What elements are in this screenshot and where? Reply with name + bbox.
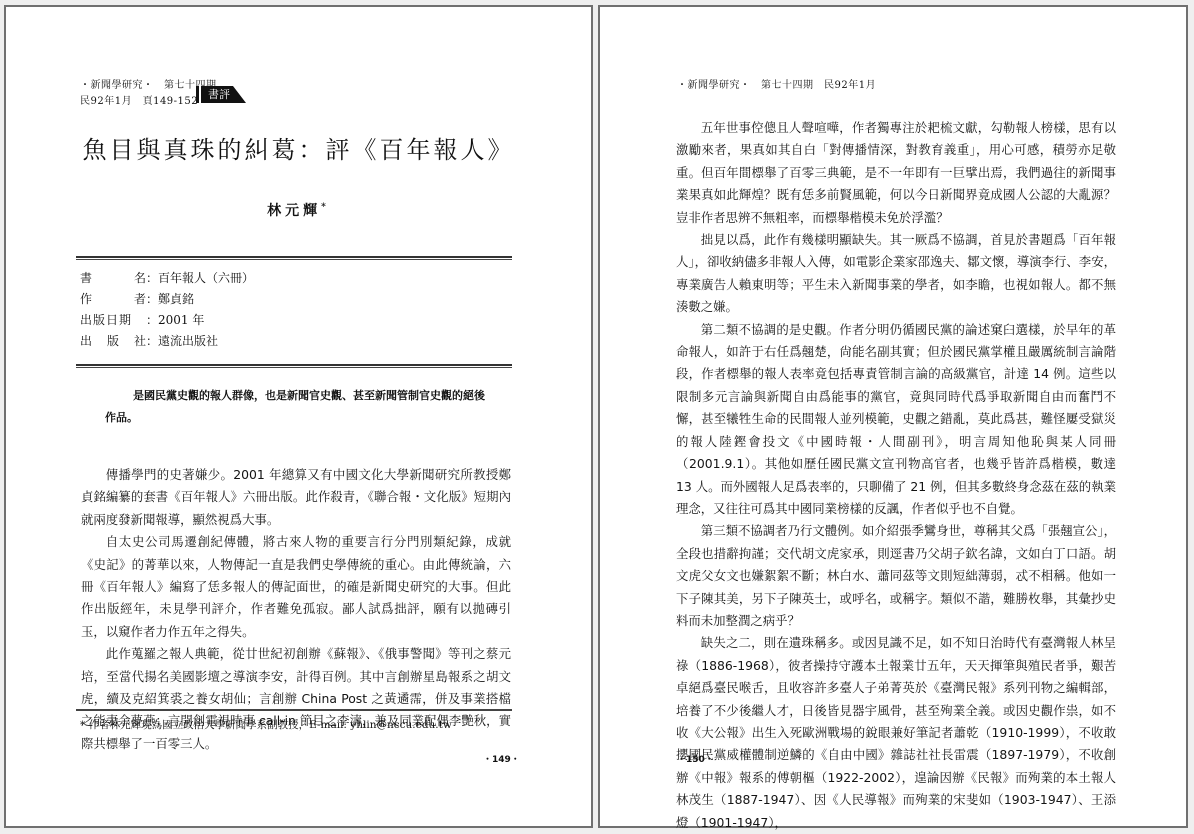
book-title-value: 百年報人（六冊） (158, 268, 254, 289)
book-info-row: 書名：百年報人（六冊） (80, 268, 254, 289)
top-double-rule (76, 256, 512, 260)
paragraph: 拙見以爲，此作有幾樣明顯缺失。其一厥爲不協調，首見於書題爲「百年報人」，卻收納儘… (676, 229, 1116, 319)
book-author-value: 鄭貞銘 (158, 289, 194, 310)
book-info-label: 書名 (80, 268, 146, 289)
paragraph: 自太史公司馬遷創紀傳體，將古來人物的重要言行分門別類紀錄，成就《史記》的菁華以來… (81, 531, 511, 643)
left-body-text: 傳播學門的史著嫌少。2001 年總算又有中國文化大學新聞研究所教授鄭貞銘編纂的套… (81, 464, 511, 755)
book-info-row: 作者：鄭貞銘 (80, 289, 254, 310)
paragraph: 第二類不協調的是史觀。作者分明仍循國民黨的論述窠臼選樣，於早年的革命報人，如許于… (676, 319, 1116, 521)
publisher-value: 遠流出版社 (158, 331, 218, 352)
badge-label: 書評 (208, 88, 230, 101)
author-text: 林元輝 (267, 203, 321, 219)
bottom-double-rule (76, 364, 512, 368)
paragraph: 缺失之二，則在遺珠稱多。或因見識不足，如不知日治時代有臺灣報人林呈祿（1886-… (676, 632, 1116, 834)
book-info-label: 出版社 (80, 331, 146, 352)
right-body-text: 五年世事倥傯且人聲喧嘩，作者獨專注於耙梳文獻，勾勒報人榜樣，思有以激勵來者，果真… (676, 117, 1116, 834)
book-info-row: 出版社：遠流出版社 (80, 331, 254, 352)
paragraph: 五年世事倥傯且人聲喧嘩，作者獨專注於耙梳文獻，勾勒報人榜樣，思有以激勵來者，果真… (676, 117, 1116, 229)
author-name: 林元輝* (4, 200, 593, 220)
footnote-rule (76, 709, 512, 711)
page-number-149: ・149・ (483, 752, 520, 765)
issue-date-pages: 民92年1月 頁149-152 (80, 92, 198, 107)
page-number-150: ・150・ (677, 752, 714, 765)
author-footnote-mark: * (321, 202, 330, 212)
paragraph: 第三類不協調者乃行文體例。如介紹張季鸞身世，尊稱其父爲「張翹宣公」，全段也措辭拘… (676, 520, 1116, 632)
book-info-row: 出版日期：2001 年 (80, 310, 254, 331)
book-info-label: 作者 (80, 289, 146, 310)
article-title: 魚目與真珠的糾葛：評《百年報人》 (4, 130, 593, 165)
author-footnote: * 作者林元輝現為國立政治大學新聞學系副教授，E-mail: yhlin@ncc… (80, 717, 452, 732)
paragraph: 此作蒐羅之報人典範，從廿世紀初創辦《蘇報》、《俄事警聞》等刊之蔡元培，至當代揚名… (81, 643, 511, 755)
book-info-block: 書名：百年報人（六冊） 作者：鄭貞銘 出版日期：2001 年 出版社：遠流出版社 (80, 268, 254, 352)
book-info-label: 出版日期 (80, 310, 146, 331)
paragraph: 傳播學門的史著嫌少。2001 年總算又有中國文化大學新聞研究所教授鄭貞銘編纂的套… (81, 464, 511, 531)
publish-date-value: 2001 年 (158, 310, 204, 331)
journal-header-right: ・新聞學研究・ 第七十四期 民92年1月 (677, 76, 876, 91)
abstract: 是國民黨史觀的報人群像，也是新聞官史觀、甚至新聞管制官史觀的絕後作品。 (105, 385, 495, 429)
